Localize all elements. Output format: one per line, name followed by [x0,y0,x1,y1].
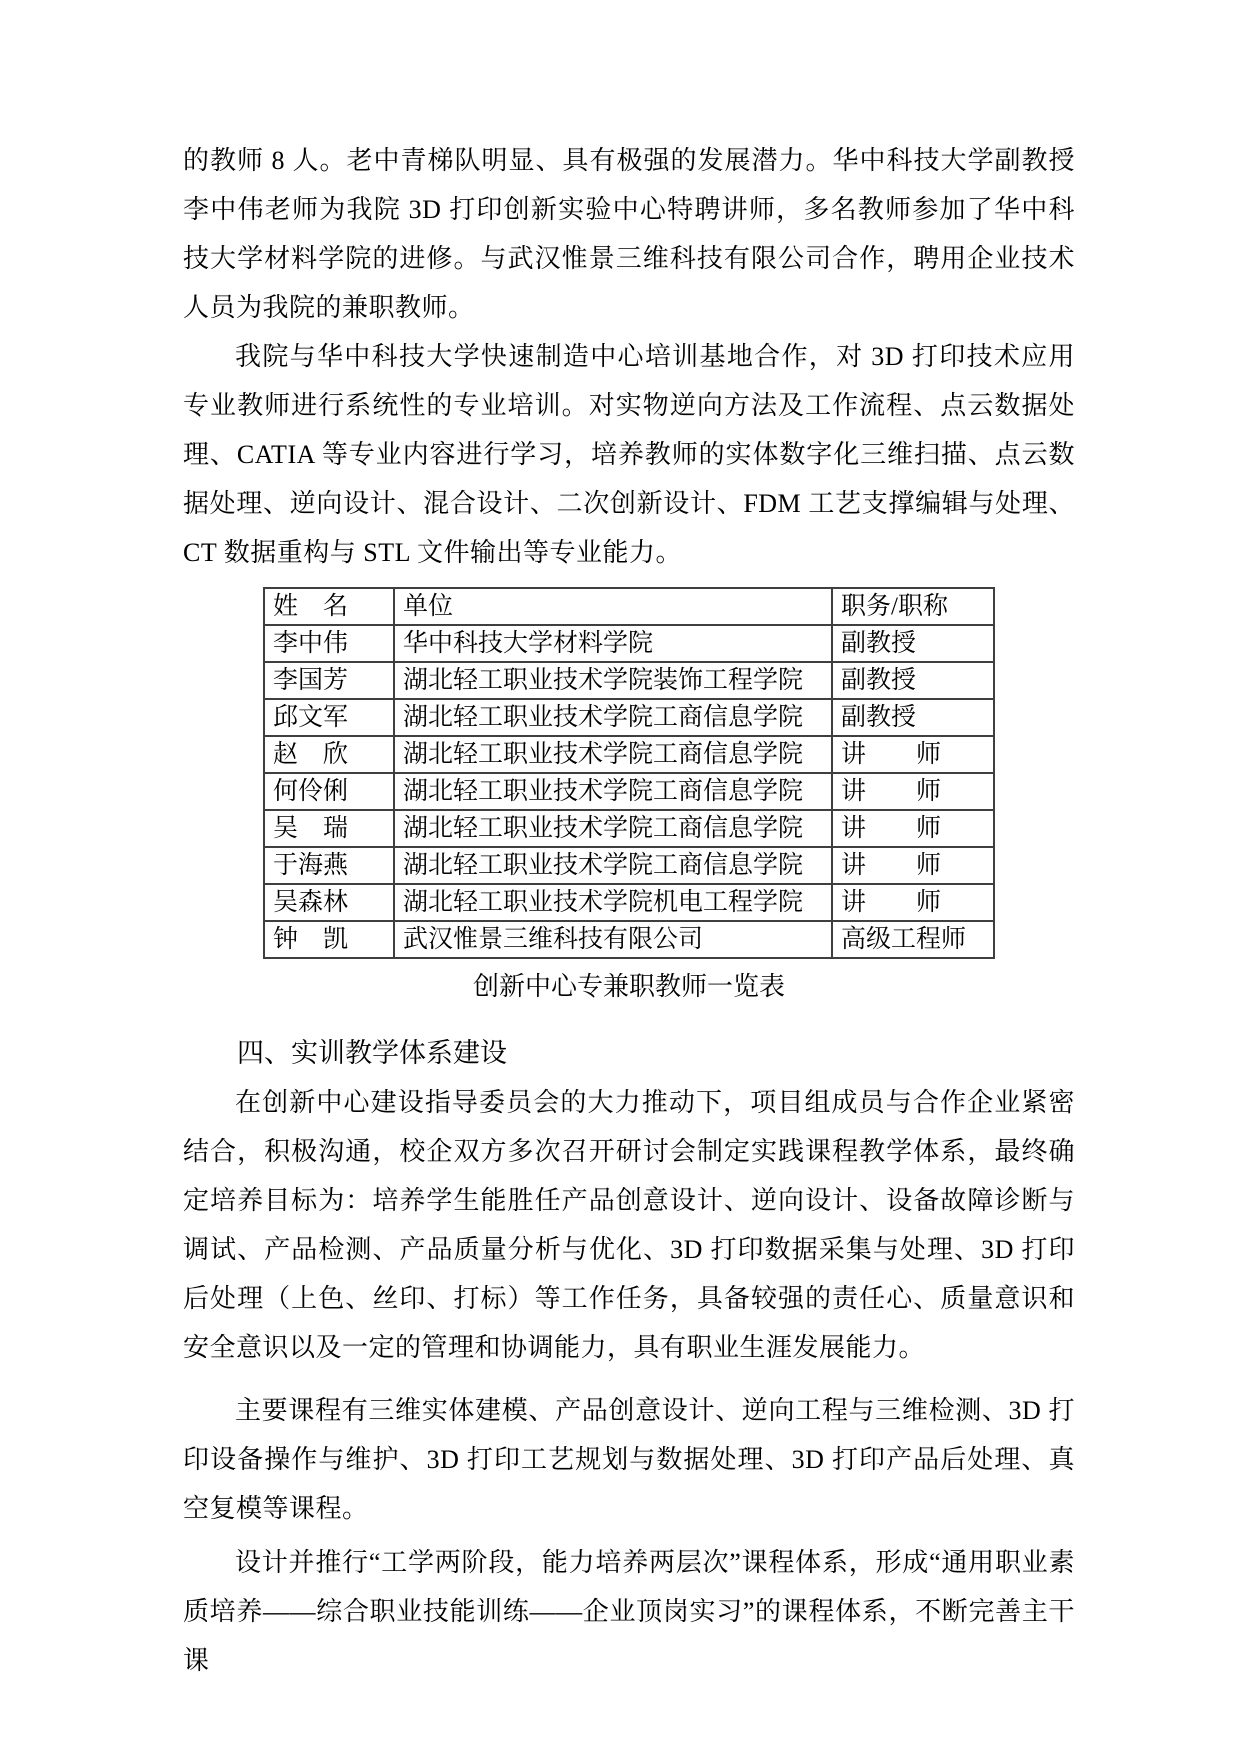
table-row: 于海燕 湖北轻工职业技术学院工商信息学院 讲 师 [264,847,994,884]
paragraph-training-cooperation: 我院与华中科技大学快速制造中心培训基地合作，对 3D 打印技术应用专业教师进行系… [183,332,1075,577]
table-header-row: 姓 名 单位 职务/职称 [264,588,994,625]
cell-title: 讲 师 [832,773,994,810]
paragraph-main-courses: 主要课程有三维实体建模、产品创意设计、逆向工程与三维检测、3D 打印设备操作与维… [183,1386,1075,1533]
cell-title: 讲 师 [832,810,994,847]
document-page: 的教师 8 人。老中青梯队明显、具有极强的发展潜力。华中科技大学副教授李中伟老师… [0,0,1242,1755]
cell-unit: 武汉惟景三维科技有限公司 [394,921,832,958]
table-caption: 创新中心专兼职教师一览表 [183,967,1075,1007]
cell-name: 钟 凯 [264,921,394,958]
cell-title: 讲 师 [832,736,994,773]
table-row: 赵 欣 湖北轻工职业技术学院工商信息学院 讲 师 [264,736,994,773]
header-unit: 单位 [394,588,832,625]
table-row: 何伶俐 湖北轻工职业技术学院工商信息学院 讲 师 [264,773,994,810]
section-heading: 四、实训教学体系建设 [183,1029,1075,1078]
cell-title: 副教授 [832,699,994,736]
table-row: 吴森林 湖北轻工职业技术学院机电工程学院 讲 师 [264,884,994,921]
cell-name: 邱文军 [264,699,394,736]
cell-name: 赵 欣 [264,736,394,773]
cell-name: 李中伟 [264,625,394,662]
table-row: 李国芳 湖北轻工职业技术学院装饰工程学院 副教授 [264,662,994,699]
paragraph-course-system: 设计并推行“工学两阶段，能力培养两层次”课程体系，形成“通用职业素质培养——综合… [183,1538,1075,1685]
cell-title: 副教授 [832,625,994,662]
cell-name: 于海燕 [264,847,394,884]
header-title: 职务/职称 [832,588,994,625]
cell-title: 高级工程师 [832,921,994,958]
table-row: 钟 凯 武汉惟景三维科技有限公司 高级工程师 [264,921,994,958]
cell-title: 讲 师 [832,847,994,884]
cell-unit: 湖北轻工职业技术学院工商信息学院 [394,736,832,773]
cell-name: 何伶俐 [264,773,394,810]
cell-name: 吴森林 [264,884,394,921]
teachers-table: 姓 名 单位 职务/职称 李中伟 华中科技大学材料学院 副教授 李国芳 湖北轻工… [263,587,995,959]
cell-title: 讲 师 [832,884,994,921]
cell-unit: 湖北轻工职业技术学院装饰工程学院 [394,662,832,699]
cell-unit: 湖北轻工职业技术学院机电工程学院 [394,884,832,921]
cell-unit: 湖北轻工职业技术学院工商信息学院 [394,773,832,810]
cell-title: 副教授 [832,662,994,699]
cell-unit: 湖北轻工职业技术学院工商信息学院 [394,810,832,847]
table-row: 李中伟 华中科技大学材料学院 副教授 [264,625,994,662]
header-name: 姓 名 [264,588,394,625]
paragraph-training-goal: 在创新中心建设指导委员会的大力推动下，项目组成员与合作企业紧密结合，积极沟通，校… [183,1078,1075,1372]
cell-unit: 湖北轻工职业技术学院工商信息学院 [394,699,832,736]
cell-name: 吴 瑞 [264,810,394,847]
cell-unit: 湖北轻工职业技术学院工商信息学院 [394,847,832,884]
paragraph-teachers-continued: 的教师 8 人。老中青梯队明显、具有极强的发展潜力。华中科技大学副教授李中伟老师… [183,136,1075,332]
table-row: 邱文军 湖北轻工职业技术学院工商信息学院 副教授 [264,699,994,736]
table-row: 吴 瑞 湖北轻工职业技术学院工商信息学院 讲 师 [264,810,994,847]
cell-name: 李国芳 [264,662,394,699]
cell-unit: 华中科技大学材料学院 [394,625,832,662]
